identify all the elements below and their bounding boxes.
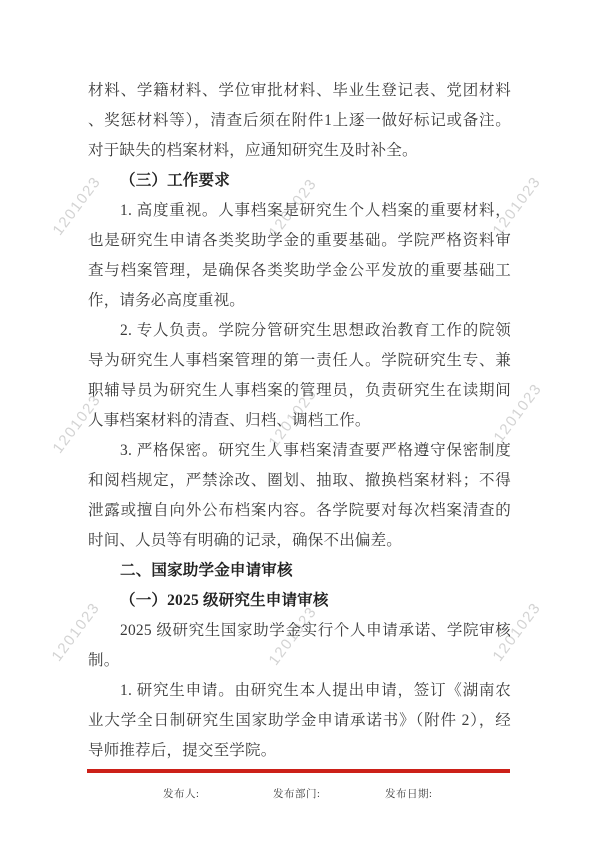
doc-line: 查与档案管理，是确保各类奖助学金公平发放的重要基础工 [88,256,511,286]
document-page: 1201023 1201023 1201023 1201023 1201023 … [0,0,600,848]
doc-line: 时间、人员等有明确的记录，确保不出偏差。 [88,526,511,556]
document-body: 材料、学籍材料、学位审批材料、毕业生登记表、党团材料 、奖惩材料等），清查后须在… [88,76,511,766]
doc-line: 1. 高度重视。人事档案是研究生个人档案的重要材料， [88,196,511,226]
doc-line: 业大学全日制研究生国家助学金申请承诺书》（附件 2），经 [88,706,511,736]
doc-line: 、奖惩材料等），清查后须在附件1上逐一做好标记或备注。 [88,106,511,136]
document-footer: 发布人: 发布部门: 发布日期: [0,786,600,802]
footer-red-divider [87,769,510,773]
doc-line: 制。 [88,646,511,676]
doc-line: 导师推荐后，提交至学院。 [88,736,511,766]
doc-line: 2025 级研究生国家助学金实行个人申请承诺、学院审核 [88,616,511,646]
department-label: 发布部门: [273,786,320,801]
doc-line: 3. 严格保密。研究生人事档案清查要严格遵守保密制度 [88,436,511,466]
doc-line: 也是研究生申请各类奖助学金的重要基础。学院严格资料审 [88,226,511,256]
doc-heading: 二、国家助学金申请审核 [88,556,511,586]
publisher-label: 发布人: [163,786,199,801]
doc-line: 职辅导员为研究生人事档案的管理员，负责研究生在读期间 [88,376,511,406]
doc-heading: （三）工作要求 [88,166,511,196]
doc-line: 导为研究生人事档案管理的第一责任人。学院研究生专、兼 [88,346,511,376]
doc-line: 对于缺失的档案材料，应通知研究生及时补全。 [88,136,511,166]
doc-line: 1. 研究生申请。由研究生本人提出申请，签订《湖南农 [88,676,511,706]
doc-line: 作，请务必高度重视。 [88,286,511,316]
doc-line: 和阅档规定，严禁涂改、圈划、抽取、撤换档案材料；不得 [88,466,511,496]
doc-line: 2. 专人负责。学院分管研究生思想政治教育工作的院领 [88,316,511,346]
date-label: 发布日期: [385,786,432,801]
doc-line: 泄露或擅自向外公布档案内容。各学院要对每次档案清查的 [88,496,511,526]
doc-line: 人事档案材料的清查、归档、调档工作。 [88,406,511,436]
doc-line: 材料、学籍材料、学位审批材料、毕业生登记表、党团材料 [88,76,511,106]
doc-heading: （一）2025 级研究生申请审核 [88,586,511,616]
